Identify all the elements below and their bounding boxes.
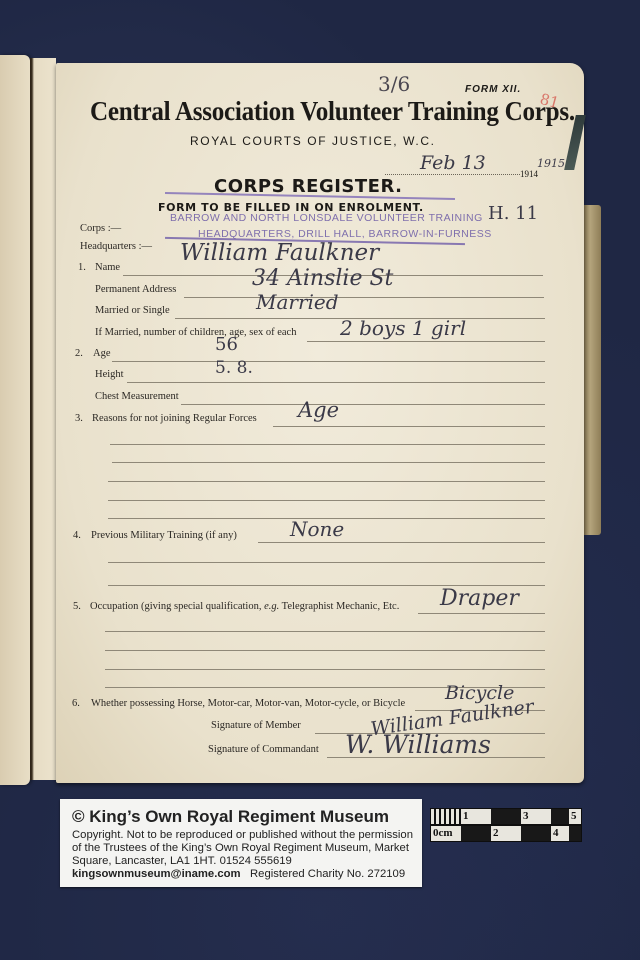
occupation-label-eg: e.g. — [264, 601, 279, 612]
scale-ticks — [431, 809, 461, 824]
item-number-2: 2. — [75, 348, 83, 359]
left-page — [0, 55, 30, 785]
vehicle-label: Whether possessing Horse, Motor-car, Mot… — [91, 698, 405, 709]
commandant-signature-value[interactable]: W. Williams — [345, 730, 491, 759]
name-value[interactable]: William Faulkner — [180, 240, 379, 266]
children-line — [307, 341, 545, 342]
occupation-label-text: Telegraphist Mechanic, Etc. — [279, 601, 399, 612]
item-number-4: 4. — [73, 530, 81, 541]
scale-segment — [491, 809, 521, 824]
pencil-annotation: 3/6 — [378, 72, 410, 96]
scale-segment — [551, 809, 569, 824]
address-label: Permanent Address — [95, 284, 176, 295]
occupation-line — [418, 613, 545, 614]
scale-bar: 1 3 5 0cm 2 4 — [430, 808, 582, 842]
museum-email[interactable]: kingsownmuseum@iname.com — [72, 868, 241, 880]
museum-copyright-label: © King’s Own Royal Regiment Museum Copyr… — [60, 799, 422, 887]
scale-label: 2 — [491, 826, 521, 841]
blank-line — [110, 444, 545, 445]
chest-line — [181, 404, 545, 405]
document-title: Central Association Volunteer Training C… — [90, 96, 575, 127]
blank-line — [105, 650, 545, 651]
scale-segment — [569, 826, 581, 841]
occupation-label-text: Occupation (giving special qualification… — [90, 601, 264, 612]
military-value[interactable]: None — [290, 517, 344, 541]
reasons-value[interactable]: Age — [298, 398, 339, 422]
charity-number: Registered Charity No. 272109 — [250, 868, 405, 880]
blank-line — [108, 481, 545, 482]
item-number-3: 3. — [75, 413, 83, 424]
reasons-label: Reasons for not joining Regular Forces — [92, 413, 257, 424]
date-printed-year: 1914 — [520, 169, 538, 179]
military-line — [258, 542, 545, 543]
scale-segment — [461, 826, 491, 841]
page-edges — [583, 205, 601, 535]
copyright-notice: Copyright. Not to be reproduced or publi… — [72, 829, 413, 867]
blank-line — [105, 631, 545, 632]
children-label: If Married, number of children, age, sex… — [95, 327, 296, 338]
museum-label-body: Copyright. Not to be reproduced or publi… — [72, 829, 417, 881]
reference-annotation: H. 11 — [488, 203, 538, 224]
blank-line — [108, 500, 545, 501]
museum-label-title: © King’s Own Royal Regiment Museum — [72, 807, 389, 827]
date-line — [385, 174, 520, 175]
stamp-line-1: BARROW AND NORTH LONSDALE VOLUNTEER TRAI… — [170, 212, 483, 224]
height-label: Height — [95, 369, 124, 380]
form-number: FORM XII. — [465, 84, 521, 95]
address-value[interactable]: 34 Ainslie St — [252, 266, 393, 291]
blank-line — [105, 669, 545, 670]
chest-label: Chest Measurement — [95, 391, 179, 402]
age-line — [112, 361, 545, 362]
scale-label: 5 — [569, 809, 581, 824]
name-label: Name — [95, 262, 120, 273]
scale-segment — [521, 826, 551, 841]
marital-value[interactable]: Married — [256, 290, 339, 314]
book-spine — [30, 58, 56, 780]
blank-line — [112, 462, 545, 463]
blank-line — [108, 562, 545, 563]
date-handwritten: Feb 13 — [420, 152, 486, 174]
date-corrected-year: 1915 — [537, 157, 565, 170]
item-number-6: 6. — [72, 698, 80, 709]
commandant-signature-label: Signature of Commandant — [208, 744, 319, 755]
scale-label: 0cm — [431, 826, 461, 841]
occupation-label: Occupation (giving special qualification… — [90, 601, 399, 612]
age-value[interactable]: 56 — [215, 334, 238, 355]
height-value[interactable]: 5. 8. — [215, 358, 253, 378]
reasons-line — [273, 426, 545, 427]
headquarters-label: Headquarters :— — [80, 241, 152, 252]
item-number-5: 5. — [73, 601, 81, 612]
scale-label: 1 — [461, 809, 491, 824]
corps-label: Corps :— — [80, 223, 121, 234]
marital-label: Married or Single — [95, 305, 170, 316]
height-line — [127, 382, 545, 383]
document-subtitle: ROYAL COURTS OF JUSTICE, W.C. — [190, 134, 436, 148]
age-label: Age — [93, 348, 111, 359]
member-signature-label: Signature of Member — [211, 720, 301, 731]
children-value[interactable]: 2 boys 1 girl — [340, 316, 466, 340]
scale-label: 3 — [521, 809, 551, 824]
occupation-value[interactable]: Draper — [440, 586, 519, 611]
address-line — [184, 297, 544, 298]
military-label: Previous Military Training (if any) — [91, 530, 237, 541]
scale-label: 4 — [551, 826, 569, 841]
item-number-1: 1. — [78, 262, 86, 273]
